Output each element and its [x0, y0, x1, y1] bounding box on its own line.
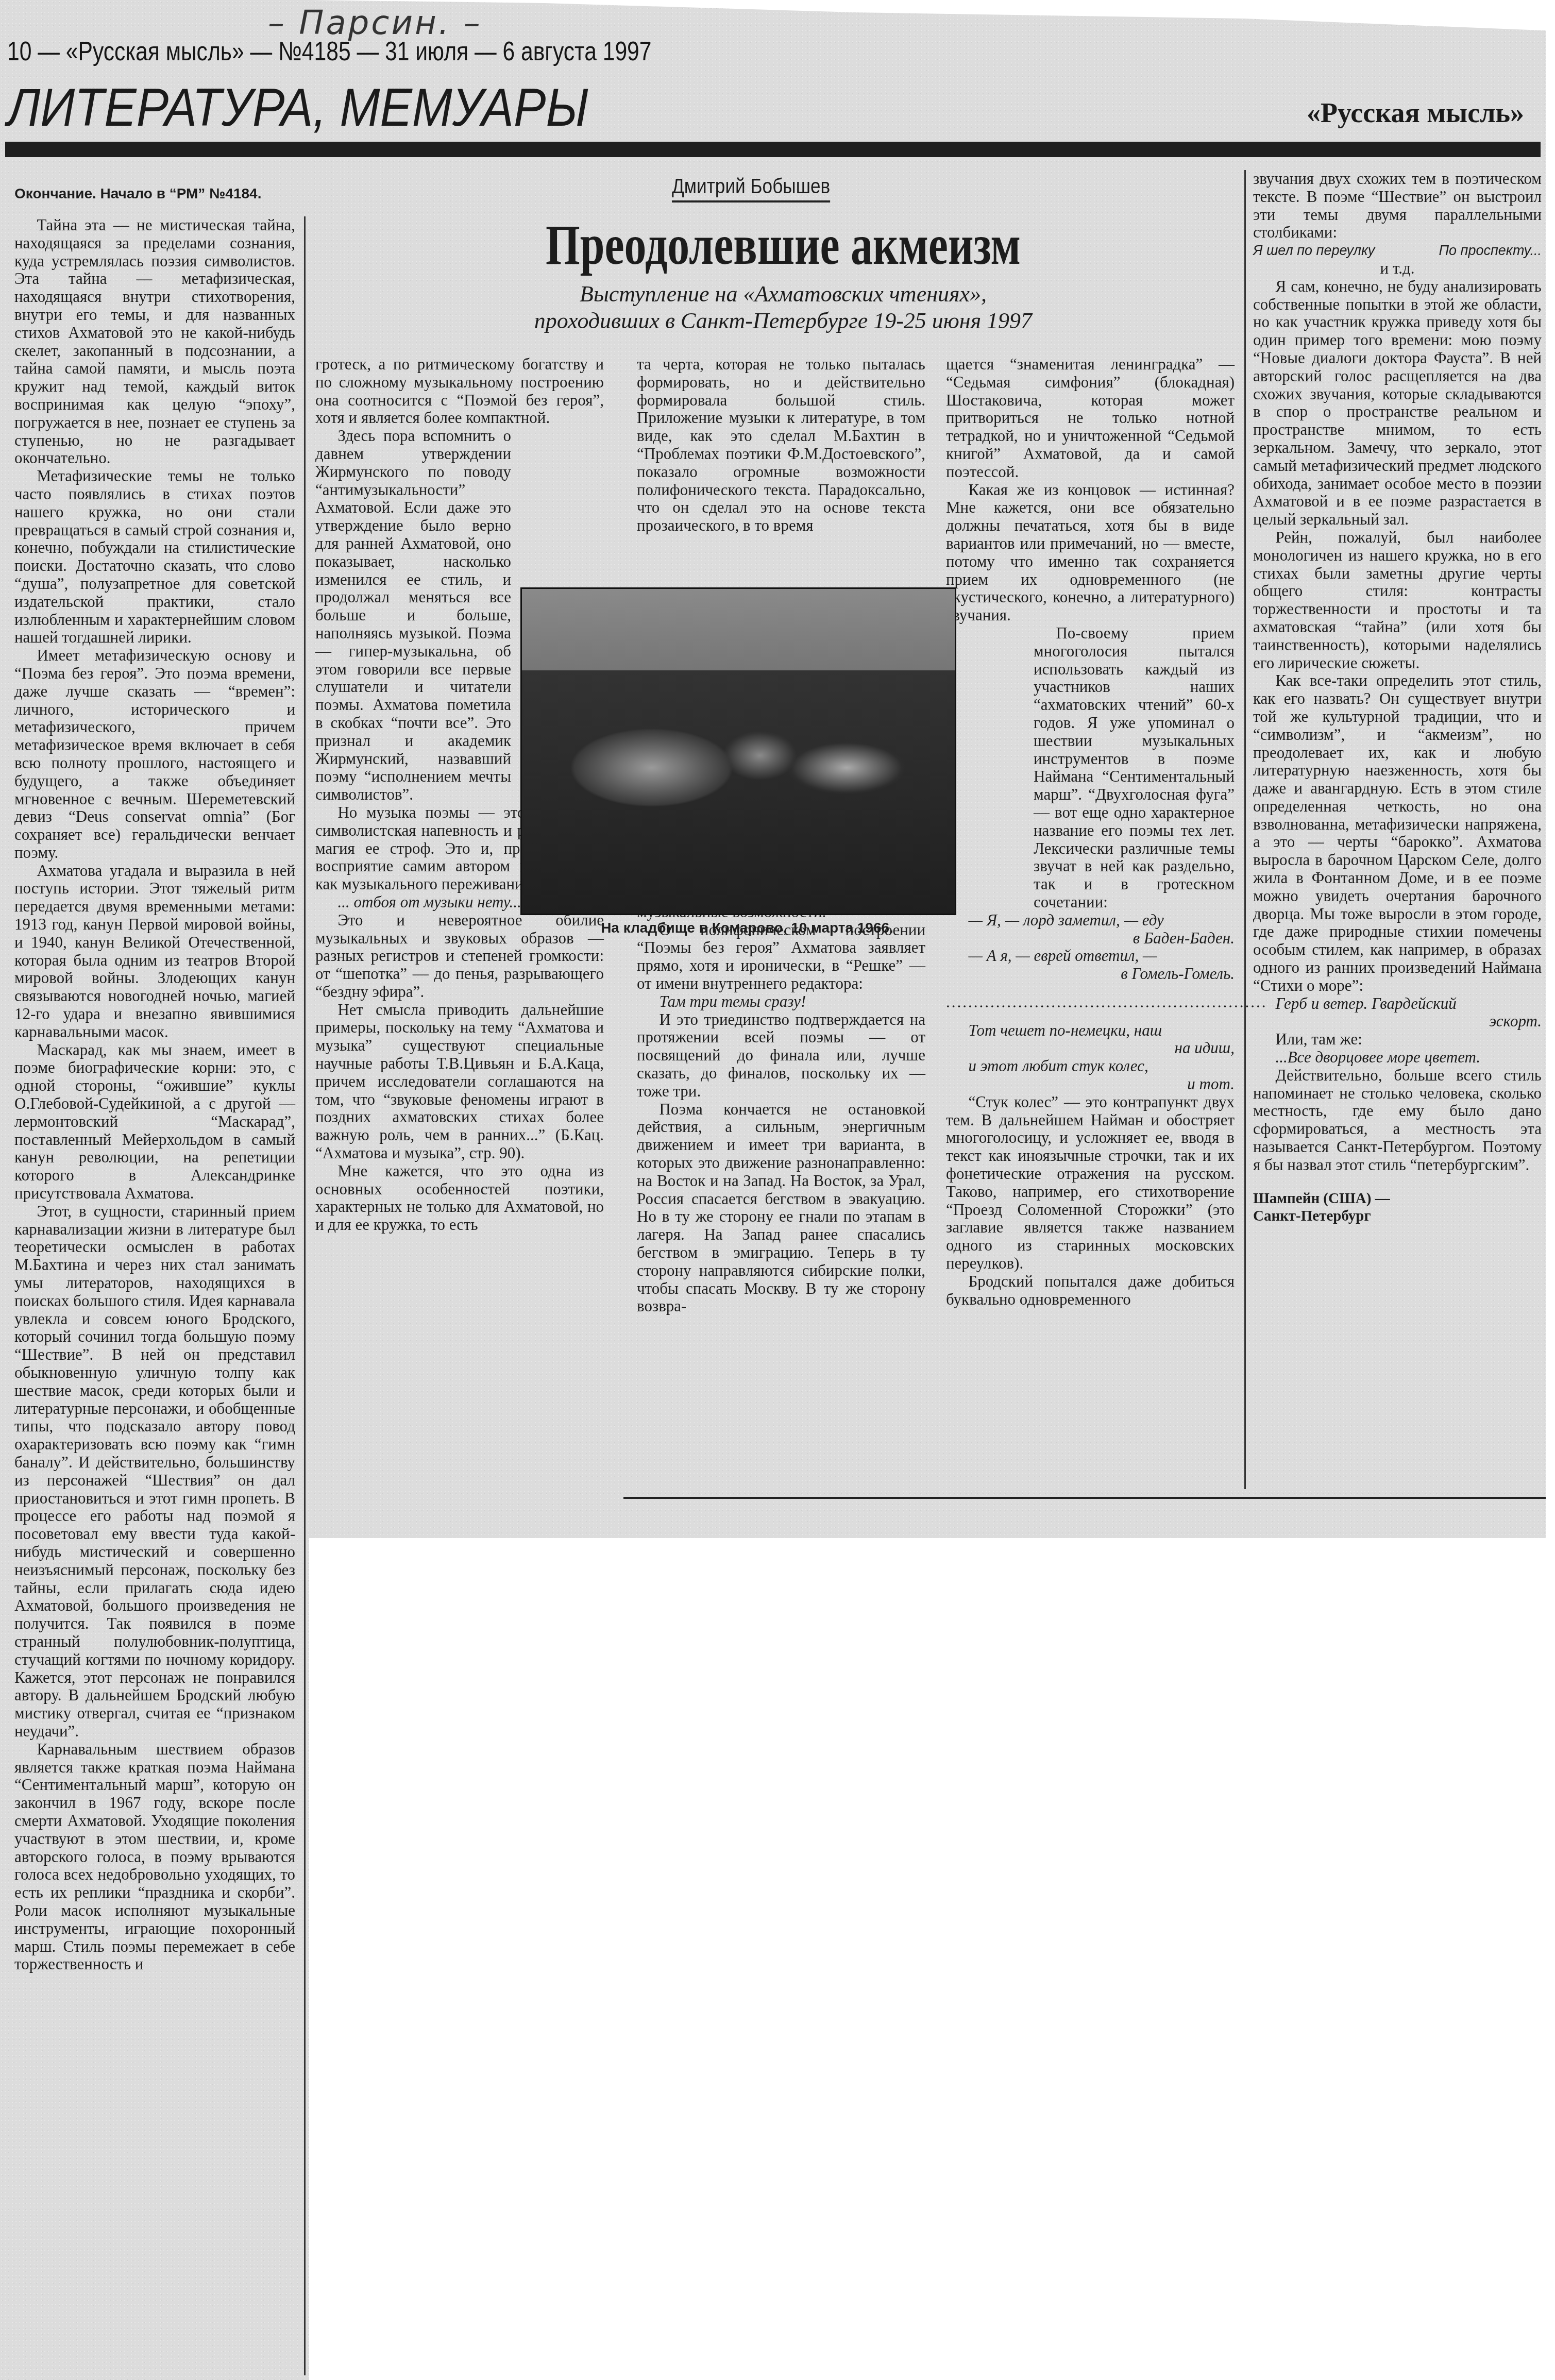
paragraph: Имеет метафизическую основу и “Поэма без…: [14, 647, 295, 862]
parallel-verse: Я шел по переулку По проспекту...: [1253, 242, 1542, 260]
verse-quote: Там три темы сразу!: [637, 993, 925, 1011]
dateline-line-1: Шампейн (США) —: [1253, 1190, 1390, 1207]
paragraph: И это триединство подтверждается на прот…: [637, 1011, 925, 1101]
author-byline: Дмитрий Бобышев: [672, 175, 830, 202]
column-divider: [1244, 170, 1246, 1489]
verse-line: на идиш,: [946, 1039, 1235, 1057]
verse-line: ...Все дворцовее море цветет.: [1253, 1049, 1542, 1067]
paragraph: Поэма кончается не остановкой действия, …: [637, 1101, 925, 1316]
header-rule: [5, 142, 1541, 157]
photo-crowd: [522, 670, 955, 914]
paragraph: Маскарад, как мы знаем, имеет в поэме би…: [14, 1041, 295, 1203]
paragraph: гротеск, а по ритмическому богатству и п…: [315, 356, 604, 427]
paragraph: звучания двух схожих тем в поэтическом т…: [1253, 170, 1542, 242]
dateline-line-2: Санкт-Петербург: [1253, 1208, 1371, 1224]
dateline: Шампейн (США) —Санкт-Петербург: [1253, 1190, 1542, 1226]
paragraph: Этот, в сущности, старинный прием карнав…: [14, 1203, 295, 1741]
funeral-photo: [520, 587, 956, 915]
paragraph: По-своему прием многоголосия пытался исп…: [1034, 624, 1235, 912]
article-column-5: звучания двух схожих тем в поэтическом т…: [1253, 170, 1542, 1225]
verse-line: и этот любит стук колес,: [946, 1057, 1235, 1075]
etc-note: и т.д.: [1253, 260, 1542, 278]
paragraph: Тайна эта — не мистическая тайна, находя…: [14, 216, 295, 467]
verse-line: Герб и ветер. Гвардейский: [1253, 995, 1542, 1013]
paragraph: Нет смысла приводить дальнейшие примеры,…: [315, 1001, 604, 1162]
photo-caption: На кладбище в Комарово, 10 марта 1966.: [546, 920, 948, 936]
verse-line: эскорт.: [1253, 1012, 1542, 1031]
verse-line: — Я, — лорд заметил, — еду: [946, 912, 1235, 930]
paragraph: Бродский попытался даже добиться букваль…: [946, 1273, 1235, 1309]
deck-line: проходивших в Санкт-Петербурге 19-25 июн…: [453, 308, 1113, 334]
deck-line: Выступление на «Ахматовских чтениях»,: [453, 281, 1113, 308]
page-folio: 10 — «Русская мысль» — №4185 — 31 июля —…: [7, 36, 652, 67]
paragraph: та черта, которая не только пыталась фор…: [637, 356, 925, 535]
paragraph: Или, там же:: [1253, 1031, 1542, 1049]
footer-rule: [623, 1497, 1546, 1499]
paragraph: Рейн, пожалуй, был наиболее монологичен …: [1253, 529, 1542, 672]
paragraph: Здесь пора вспомнить о давнем утверждени…: [315, 427, 511, 804]
verse-line: в Баден-Баден.: [946, 930, 1235, 948]
article-deck: Выступление на «Ахматовских чтениях», пр…: [453, 281, 1113, 334]
paragraph: Какая же из концовок — истинная? Мне каж…: [946, 481, 1235, 624]
verse-line: Тот чешет по-немецки, наш: [946, 1022, 1235, 1040]
verse-line: и тот.: [946, 1075, 1235, 1093]
verse-left: Я шел по переулку: [1253, 242, 1375, 260]
verse-line: — А я, — еврей ответил, —: [946, 947, 1235, 965]
article-headline: Преодолевшие акмеизм: [522, 212, 1044, 278]
paragraph: Ахматова угадала и выразила в ней поступ…: [14, 862, 295, 1041]
paragraph: Я сам, конечно, не буду анализировать со…: [1253, 278, 1542, 529]
ellipsis-divider: ........................................…: [946, 993, 1235, 1011]
section-title: ЛИТЕРАТУРА, МЕМУАРЫ: [7, 77, 588, 139]
paragraph: Метафизические темы не только часто появ…: [14, 467, 295, 647]
paragraph: Карнавальным шествием образов является т…: [14, 1741, 295, 1973]
newspaper-masthead: «Русская мысль»: [1307, 97, 1524, 129]
verse-line: в Гомель-Гомель.: [946, 965, 1235, 983]
continuation-note: Окончание. Начало в “РМ” №4184.: [14, 185, 261, 202]
article-column-4: щается “знаменитая ленинградка” — “Седьм…: [946, 356, 1235, 1308]
verse-right: По проспекту...: [1439, 242, 1542, 260]
paragraph: Как все-таки определить этот стиль, как …: [1253, 672, 1542, 994]
paragraph: щается “знаменитая ленинградка” — “Седьм…: [946, 356, 1235, 481]
article-column-1: Тайна эта — не мистическая тайна, находя…: [14, 216, 295, 1973]
paragraph: Мне кажется, что это одна из основных ос…: [315, 1162, 604, 1234]
paragraph: “Стук колес” — это контрапункт двух тем.…: [946, 1093, 1235, 1273]
paragraph: Действительно, больше всего стиль напоми…: [1253, 1067, 1542, 1174]
column-divider: [304, 216, 306, 2375]
